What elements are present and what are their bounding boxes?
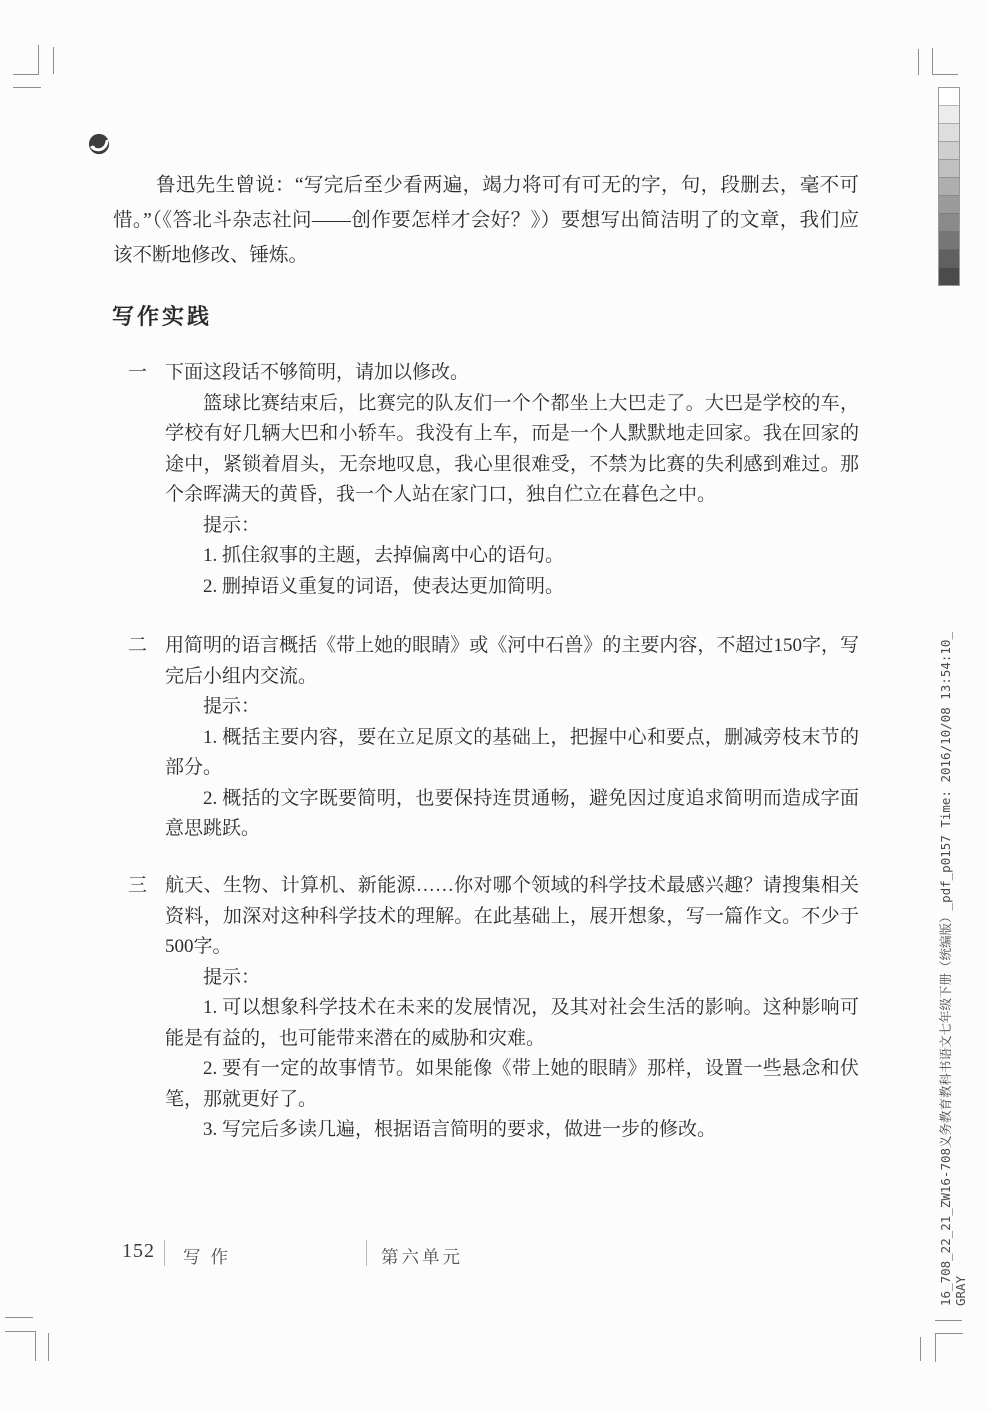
crop-mark [920, 1337, 921, 1361]
exercise-1-body: 下面这段话不够简明，请加以修改。 篮球比赛结束后，比赛完的队友们一个个都坐上大巴… [165, 358, 859, 602]
exercise-3-body: 航天、生物、计算机、新能源……你对哪个领域的科学技术最感兴趣？请搜集相关资料，加… [165, 871, 859, 1146]
hint-item: 2. 概括的文字既要简明，也要保持连贯通畅，避免因过度追求简明而造成字面意思跳跃… [165, 784, 859, 845]
gray-step [939, 106, 959, 124]
crop-mark [5, 1317, 33, 1318]
footer-divider [366, 1240, 367, 1266]
footer-divider [164, 1240, 165, 1266]
crop-mark [5, 1331, 36, 1332]
gray-step [939, 250, 959, 268]
publisher-logo-icon [88, 133, 110, 155]
hint-item: 1. 抓住叙事的主题，去掉偏离中心的语句。 [165, 541, 859, 572]
gray-step [939, 124, 959, 142]
hint-item: 2. 删掉语义重复的词语，使表达更加简明。 [165, 572, 859, 603]
crop-mark [918, 49, 919, 75]
page-number: 152 [122, 1240, 155, 1263]
textbook-page: 鲁迅先生曾说：“写完后至少看两遍，竭力将可有可无的字，句，段删去，毫不可惜。”（… [0, 0, 989, 1411]
gray-step [939, 196, 959, 214]
crop-mark [932, 74, 958, 75]
exercise-3-hint-label: 提示： [165, 963, 859, 994]
hint-item: 2. 要有一定的故事情节。如果能像《带上她的眼睛》那样，设置一些悬念和伏笔，那就… [165, 1054, 859, 1115]
gray-step [939, 232, 959, 250]
crop-mark [935, 1333, 963, 1334]
exercise-1: 一 下面这段话不够简明，请加以修改。 篮球比赛结束后，比赛完的队友们一个个都坐上… [128, 358, 859, 602]
exercise-2-instruction: 用简明的语言概括《带上她的眼睛》或《河中石兽》的主要内容，不超过150字，写完后… [165, 631, 859, 692]
footer-unit: 第六单元 [381, 1244, 463, 1269]
exercise-1-number: 一 [128, 358, 158, 389]
exercise-3-instruction: 航天、生物、计算机、新能源……你对哪个领域的科学技术最感兴趣？请搜集相关资料，加… [165, 871, 859, 963]
gray-step [939, 88, 959, 106]
exercise-2-hint-label: 提示： [165, 692, 859, 723]
crop-mark [935, 1333, 936, 1362]
gray-step [939, 142, 959, 160]
intro-paragraph: 鲁迅先生曾说：“写完后至少看两遍，竭力将可有可无的字，句，段删去，毫不可惜。”（… [113, 168, 859, 273]
section-title: 写作实践 [112, 300, 212, 331]
exercise-1-hint-label: 提示： [165, 511, 859, 542]
crop-mark [935, 1320, 962, 1321]
crop-mark [38, 45, 39, 75]
exercise-1-instruction: 下面这段话不够简明，请加以修改。 [165, 358, 859, 389]
exercise-1-passage: 篮球比赛结束后，比赛完的队友们一个个都坐上大巴走了。大巴是学校的车，学校有好几辆… [165, 389, 859, 511]
print-slug-line1: 16_708_22_21_ZW16-708义务教育教科书语文七年级下册（统编版）… [938, 644, 953, 1306]
exercise-2-number: 二 [128, 631, 158, 662]
gray-step [939, 178, 959, 196]
gray-step [939, 160, 959, 178]
print-slug-line2: GRAY [953, 644, 968, 1306]
crop-mark [35, 1331, 36, 1361]
hint-item: 1. 概括主要内容，要在立足原文的基础上，把握中心和要点，删减旁枝末节的部分。 [165, 723, 859, 784]
exercise-3: 三 航天、生物、计算机、新能源……你对哪个领域的科学技术最感兴趣？请搜集相关资料… [128, 871, 859, 1146]
print-slug: 16_708_22_21_ZW16-708义务教育教科书语文七年级下册（统编版）… [938, 644, 968, 1306]
gray-step [939, 268, 959, 285]
exercise-2-body: 用简明的语言概括《带上她的眼睛》或《河中石兽》的主要内容，不超过150字，写完后… [165, 631, 859, 845]
footer-chapter: 写作 [183, 1244, 238, 1269]
crop-mark [13, 74, 39, 75]
gray-step [939, 214, 959, 232]
crop-mark [932, 48, 933, 75]
crop-mark [48, 1333, 49, 1361]
crop-mark [53, 47, 54, 74]
exercise-3-number: 三 [128, 871, 158, 902]
hint-item: 3. 写完后多读几遍，根据语言简明的要求，做进一步的修改。 [165, 1115, 859, 1146]
grayscale-bar [938, 87, 960, 286]
exercise-2: 二 用简明的语言概括《带上她的眼睛》或《河中石兽》的主要内容，不超过150字，写… [128, 631, 859, 845]
crop-mark [13, 87, 41, 88]
hint-item: 1. 可以想象科学技术在未来的发展情况，及其对社会生活的影响。这种影响可能是有益… [165, 993, 859, 1054]
